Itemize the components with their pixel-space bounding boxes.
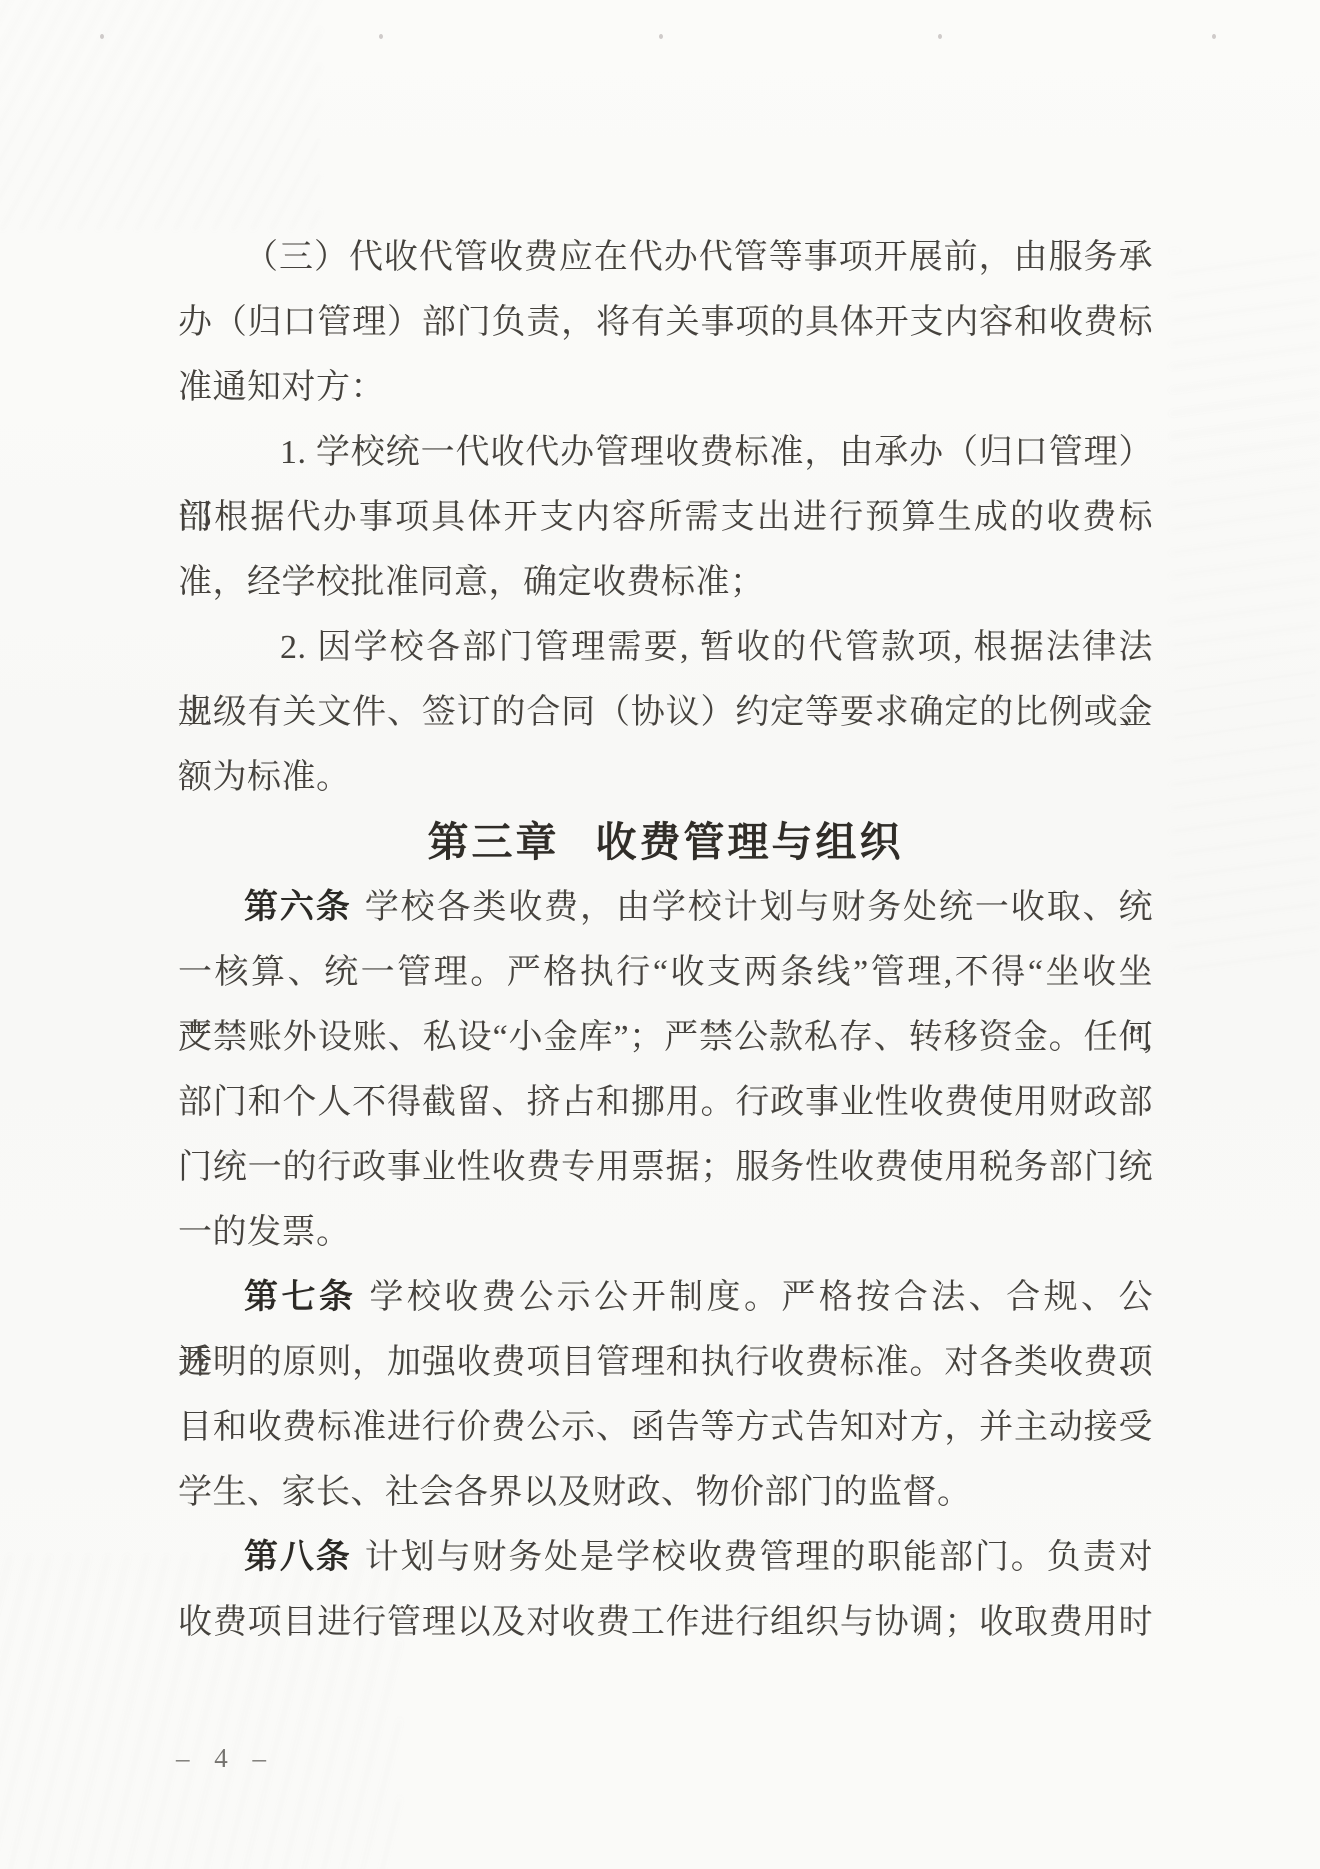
binding-dot [1212, 34, 1216, 39]
document-line: 一核算、统一管理。严格执行“收支两条线”管理,不得“坐收坐支”, [178, 940, 1153, 1005]
document-line: 目和收费标准进行价费公示、函告等方式告知对方，并主动接受 [178, 1395, 1153, 1460]
article-number: 第七条 [244, 1279, 356, 1316]
chapter-number: 第三章 [428, 819, 560, 865]
document-line: 准通知对方： [178, 355, 1153, 420]
document-line: 门统一的行政事业性收费专用票据；服务性收费使用税务部门统 [178, 1135, 1153, 1200]
document-line: 额为标准。 [178, 745, 1153, 810]
article-number: 第八条 [244, 1539, 352, 1576]
chapter-heading: 第三章收费管理与组织 [178, 810, 1153, 875]
document-line: 上级有关文件、签订的合同（协议）约定等要求确定的比例或金 [178, 680, 1153, 745]
article-number: 第六条 [244, 889, 352, 926]
document-line: 准，经学校批准同意，确定收费标准； [178, 550, 1153, 615]
document-line: 第七条学校收费公示公开制度。严格按合法、合规、公开、 [178, 1265, 1153, 1330]
document-line: 门根据代办事项具体开支内容所需支出进行预算生成的收费标 [178, 485, 1153, 550]
document-line: 学生、家长、社会各界以及财政、物价部门的监督。 [178, 1460, 1153, 1525]
binding-dot [659, 34, 663, 39]
scan-artifact [1170, 250, 1320, 970]
document-line: 透明的原则，加强收费项目管理和执行收费标准。对各类收费项 [178, 1330, 1153, 1395]
document-line: 严禁账外设账、私设“小金库”；严禁公款私存、转移资金。任何 [178, 1005, 1153, 1070]
document-body: （三）代收代管收费应在代办代管等事项开展前，由服务承办（归口管理）部门负责，将有… [178, 225, 1153, 1655]
document-line: 2. 因学校各部门管理需要, 暂收的代管款项, 根据法律法规、 [178, 615, 1153, 680]
document-line: 收费项目进行管理以及对收费工作进行组织与协调；收取费用时 [178, 1590, 1153, 1655]
binding-dot [379, 34, 383, 39]
binding-dot [100, 34, 104, 39]
document-page: （三）代收代管收费应在代办代管等事项开展前，由服务承办（归口管理）部门负责，将有… [0, 0, 1320, 1869]
document-line: 1. 学校统一代收代办管理收费标准，由承办（归口管理）部 [178, 420, 1153, 485]
scan-artifact [0, 0, 320, 230]
page-number: – 4 – [176, 1740, 275, 1776]
document-line: 一的发票。 [178, 1200, 1153, 1265]
document-line: （三）代收代管收费应在代办代管等事项开展前，由服务承 [178, 225, 1153, 290]
binding-dot [938, 34, 942, 39]
document-line: 第八条计划与财务处是学校收费管理的职能部门。负责对 [178, 1525, 1153, 1590]
document-line: 第六条学校各类收费，由学校计划与财务处统一收取、统 [178, 875, 1153, 940]
document-line: 办（归口管理）部门负责，将有关事项的具体开支内容和收费标 [178, 290, 1153, 355]
document-line: 部门和个人不得截留、挤占和挪用。行政事业性收费使用财政部 [178, 1070, 1153, 1135]
